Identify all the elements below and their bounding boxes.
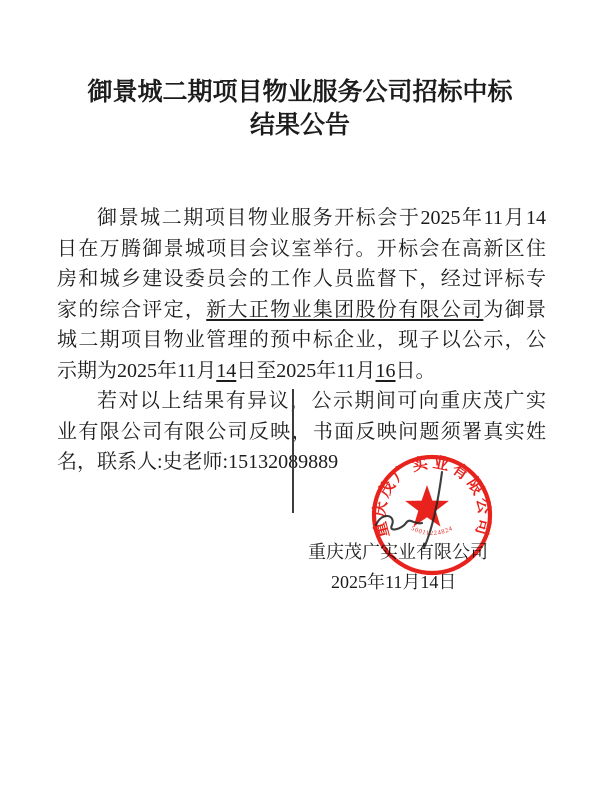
title-line-2: 结果公告	[0, 109, 600, 142]
body-line: 日在万腾御景城项目会议室举行。开标会在高新区住	[57, 234, 546, 265]
text-segment: 房和城乡建设委员会的工作人员监督下，经过评标专	[57, 268, 546, 290]
text-segment: 御景城二期项目物业服务开标会于2025年11月14	[97, 207, 546, 229]
text-segment: 城二期项目物业管理的预中标企业，现子以公示，公	[57, 329, 546, 351]
underlined-text: 14	[216, 360, 236, 382]
text-segment: 日至2025年11月	[236, 360, 375, 382]
body-line: 若对以上结果有异议，公示期间可向重庆茂广实	[57, 386, 546, 417]
text-segment: 若对以上结果有异议，公示期间可向重庆茂广实	[97, 390, 546, 412]
text-segment: 家的综合评定，	[57, 299, 206, 321]
body-line: 房和城乡建设委员会的工作人员监督下，经过评标专	[57, 264, 546, 295]
scan-artifact-vertical-line	[292, 389, 294, 513]
body-text: 御景城二期项目物业服务开标会于2025年11月14日在万腾御景城项目会议室举行。…	[57, 203, 546, 478]
document-title: 御景城二期项目物业服务公司招标中标 结果公告	[0, 76, 600, 142]
text-segment: 示期为2025年11月	[57, 360, 216, 382]
body-line: 示期为2025年11月14日至2025年11月16日。	[57, 356, 546, 387]
text-segment: 日。	[396, 360, 436, 382]
text-segment: 名，联系人:史老师:15132089889	[57, 451, 338, 473]
body-line: 家的综合评定，新大正物业集团股份有限公司为御景	[57, 295, 546, 326]
title-line-1: 御景城二期项目物业服务公司招标中标	[0, 76, 600, 109]
text-segment: 日在万腾御景城项目会议室举行。开标会在高新区住	[57, 238, 546, 260]
text-segment: 为御景	[483, 299, 546, 321]
underlined-text: 16	[376, 360, 396, 382]
company-seal: 重庆茂广实业有限公司 50011224824	[362, 445, 502, 585]
body-line: 城二期项目物业管理的预中标企业，现子以公示，公	[57, 325, 546, 356]
body-line: 业有限公司有限公司反映，书面反映问题须署真实姓	[57, 417, 546, 448]
body-line: 御景城二期项目物业服务开标会于2025年11月14	[57, 203, 546, 234]
text-segment: 业有限公司有限公司反映，书面反映问题须署真实姓	[57, 421, 546, 443]
underlined-text: 新大正物业集团股份有限公司	[206, 299, 483, 321]
scanned-document-page: 御景城二期项目物业服务公司招标中标 结果公告 御景城二期项目物业服务开标会于20…	[0, 0, 600, 803]
